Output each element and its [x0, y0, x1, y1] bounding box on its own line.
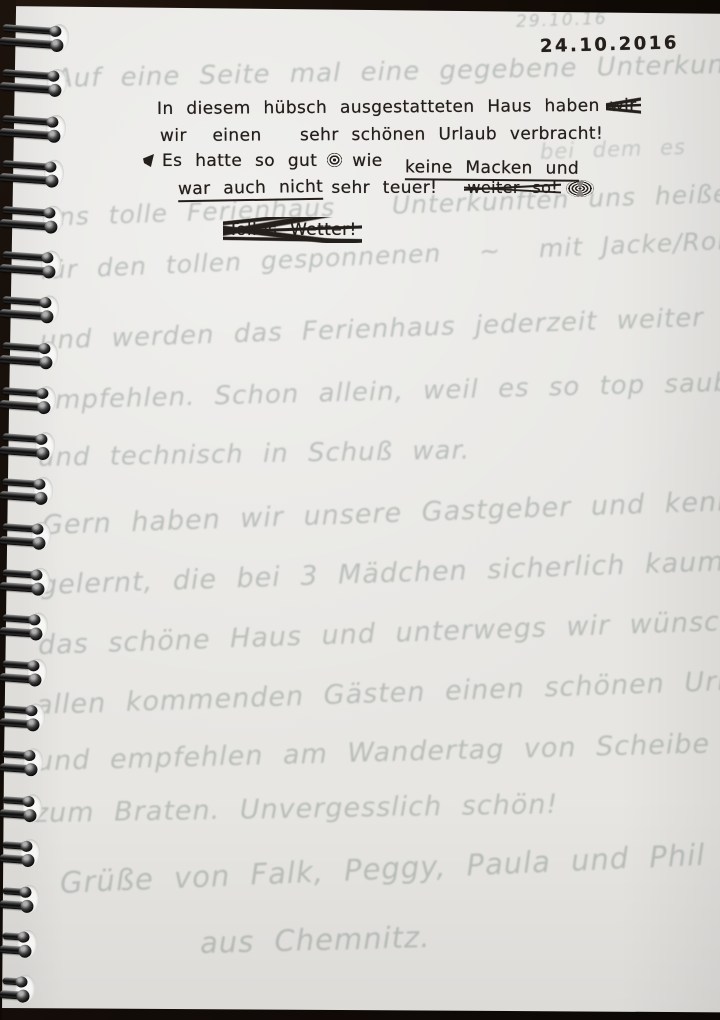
- spiral-wire: [22, 795, 35, 807]
- bleedthrough-line: gelernt, die bei 3 Mädchen sicherlich ka…: [39, 546, 720, 601]
- spiral-wire: [2, 297, 45, 307]
- crossed-out-text: weiter so!: [467, 178, 558, 197]
- spiral-wire: [30, 569, 43, 581]
- spiral-wire: [31, 582, 45, 596]
- spiral-wire: [46, 116, 59, 128]
- insertion-mark-icon: [143, 154, 154, 167]
- spiral-wire: [43, 207, 56, 219]
- spiral-binding-loop: [0, 474, 51, 507]
- spiral-wire: [0, 309, 46, 320]
- bleedthrough-line: aus Chemnitz.: [200, 920, 431, 960]
- entry-line-3: Es hatte so gut wie keine Macken und: [143, 151, 579, 174]
- ink-scribble-blot: [566, 180, 594, 197]
- spiral-wire: [0, 37, 56, 49]
- bleedthrough-line: Auf eine Seite mal eine gegebene Unterku…: [55, 50, 720, 94]
- entry-date: 24.10.2016: [540, 32, 679, 57]
- spiral-binding-loop: [0, 383, 54, 417]
- scribbled-word: wir: [610, 96, 637, 116]
- spiral-binding-loop: [0, 65, 65, 99]
- entry-line-5: Tolles Wetter!: [177, 200, 357, 260]
- spiral-wire: [2, 115, 51, 125]
- spiral-binding-loop: [0, 973, 33, 1005]
- spiral-wire: [2, 24, 54, 35]
- bleedthrough-line: Grüße von Falk, Peggy, Paula und Phil: [59, 838, 706, 900]
- spiral-binding-loop: [0, 792, 40, 825]
- heavily-crossed-out-text: Tolles Wetter!: [228, 220, 357, 240]
- spiral-wire: [36, 446, 50, 460]
- spiral-binding-loop: [0, 292, 57, 326]
- spiral-wire: [27, 659, 40, 671]
- spiral-binding-loop: [0, 156, 62, 190]
- spiral-wire: [35, 433, 48, 445]
- spiral-binding-loop: [0, 519, 49, 552]
- entry-line-4: war auch nicht sehr teuer! weiter so!: [178, 178, 596, 201]
- spiral-wire: [19, 886, 32, 898]
- spiral-wire: [2, 342, 43, 352]
- spiral-wire: [20, 899, 34, 913]
- spiral-wire: [2, 160, 50, 170]
- spiral-wire: [2, 70, 53, 80]
- entry-line-1-text: In diesem hübsch ausgestatteten Haus hab…: [157, 96, 600, 119]
- spiral-binding-loop: [0, 338, 56, 372]
- spiral-wire: [28, 673, 42, 687]
- bleedthrough-line: das schöne Haus und unterwegs wir wünsch…: [37, 604, 720, 661]
- entry-line-2: wir einen sehr schönen Urlaub verbracht!: [160, 124, 603, 146]
- spiral-binding-loop: [0, 610, 46, 643]
- bleedthrough-line: zum Braten. Unvergesslich schön!: [34, 789, 559, 829]
- spiral-binding-loop: [0, 20, 67, 55]
- spiral-binding-loop: [0, 565, 48, 598]
- spiral-binding-loop: [0, 202, 60, 236]
- bleedthrough-line: allen kommenden Gästen einen schönen Url…: [35, 664, 720, 721]
- spiral-binding-loop: [0, 837, 38, 870]
- spiral-wire: [2, 251, 46, 261]
- bleedthrough-line: für den tollen gesponnenen ~ mit Jacke/R…: [39, 223, 720, 285]
- spiral-binding-loop: [0, 429, 53, 463]
- spiral-wire: [0, 400, 43, 411]
- entry-line-4-rest: sehr teuer!: [331, 178, 437, 198]
- notebook-photo: 29.10.16Auf eine Seite mal eine gegebene…: [0, 0, 720, 1020]
- spiral-binding-loop: [0, 746, 41, 779]
- spiral-wire: [38, 342, 51, 354]
- spiral-binding-loop: [0, 247, 59, 281]
- bleedthrough-line: empfehlen. Schon allein, weil es so top …: [38, 367, 720, 416]
- bleedthrough-line: und werden das Ferienhaus jederzeit weit…: [39, 303, 704, 356]
- ink-scribble-blot: [327, 153, 342, 167]
- spiral-binding-loop: [0, 656, 45, 689]
- bleedthrough-line: Gern haben wir unsere Gastgeber und kenn…: [41, 485, 720, 541]
- spiral-wire: [2, 206, 48, 216]
- spiral-wire: [0, 128, 53, 140]
- spiral-wire: [44, 220, 58, 234]
- spiral-binding-loop: [0, 883, 37, 915]
- spiral-binding-loop: [0, 111, 64, 145]
- underlined-text: war auch nicht: [178, 177, 324, 203]
- entry-line-3-wie: wie: [352, 151, 382, 171]
- bleedthrough-line: und empfehlen am Wandertag von Scheibe: [36, 728, 711, 777]
- spiral-binding-loop: [0, 701, 43, 734]
- bleedthrough-line: und technisch in Schuß war.: [38, 435, 471, 473]
- bleedthrough-line: 29.10.16: [516, 9, 608, 32]
- spiral-binding-loop: [0, 928, 35, 960]
- spiral-wire: [0, 82, 54, 94]
- entry-line-1: In diesem hübsch ausgestatteten Haus hab…: [157, 96, 637, 119]
- entry-line-3-text: Es hatte so gut: [162, 151, 317, 171]
